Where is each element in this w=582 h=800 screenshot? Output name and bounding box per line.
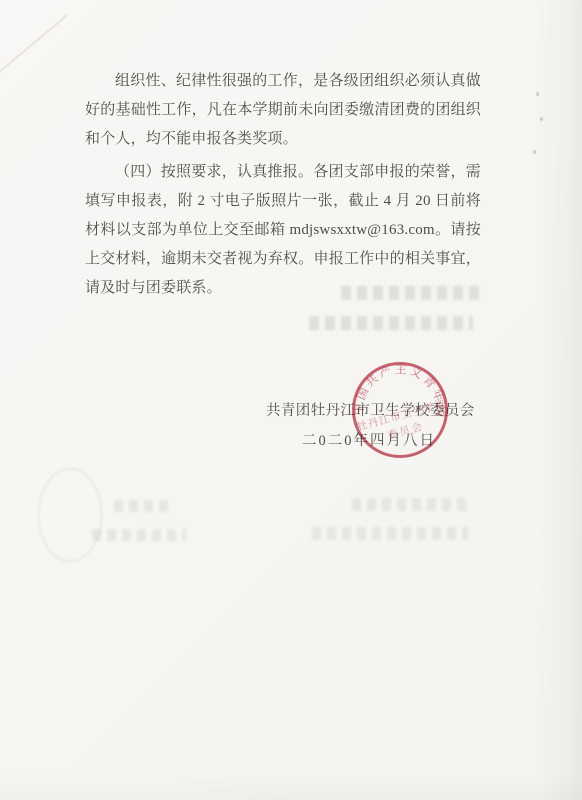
paper-fold-crease: [0, 14, 68, 76]
bleed-through-text: [309, 316, 473, 330]
bleed-through-text: [312, 527, 468, 540]
body-line: 和个人，均不能申报各类奖项。: [85, 125, 481, 154]
scan-speck: [533, 150, 536, 154]
scanned-document-page: 组织性、纪律性很强的工作，是各级团组织必须认真做 好的基础性工作，凡在本学期前未…: [0, 0, 582, 800]
body-line: 组织性、纪律性很强的工作，是各级团组织必须认真做: [85, 67, 481, 96]
bleed-through-text: [92, 529, 186, 541]
body-line: 好的基础性工作，凡在本学期前未向团委缴清团费的团组织: [85, 96, 481, 125]
scan-edge-shading-bottom: [0, 774, 582, 800]
body-line: 材料以支部为单位上交至邮箱 mdjswsxxtw@163.com。请按时: [85, 216, 481, 245]
scan-speck: [536, 92, 539, 96]
bleed-through-stamp-outline: [38, 468, 102, 562]
body-line: 上交材料，逾期未交者视为弃权。申报工作中的相关事宜，: [85, 245, 481, 274]
document-body: 组织性、纪律性很强的工作，是各级团组织必须认真做 好的基础性工作，凡在本学期前未…: [85, 67, 481, 303]
bleed-through-text: [352, 498, 472, 511]
body-line: （四）按照要求，认真推报。各团支部申报的荣誉，需: [85, 158, 481, 187]
scan-speck: [540, 117, 543, 121]
scan-edge-shading-right: [536, 0, 582, 800]
seal-inner-text: 牡丹江市卫生学校 委员会: [355, 397, 451, 449]
bleed-through-text: [341, 286, 485, 300]
body-line: 填写申报表，附 2 寸电子版照片一张，截止 4 月 20 日前将: [85, 187, 481, 216]
official-seal-stamp: 中国共产主义青年团 牡丹江市卫生学校 委员会: [338, 350, 462, 470]
bleed-through-text: [114, 500, 170, 512]
